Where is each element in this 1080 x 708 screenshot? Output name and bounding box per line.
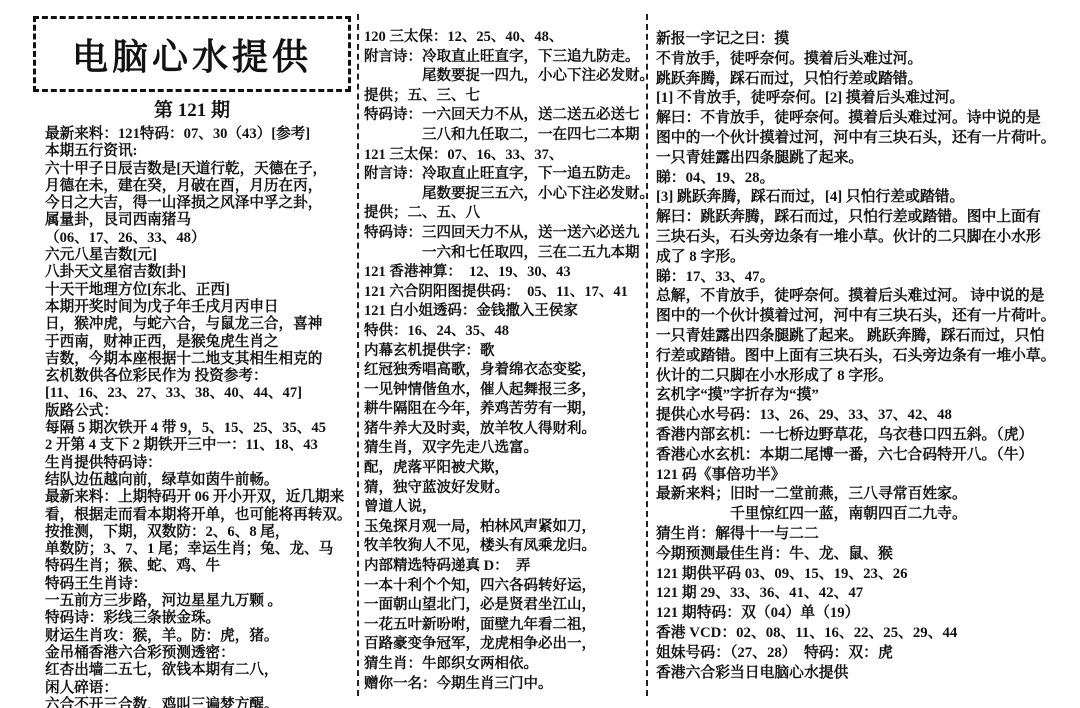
- text-line: 香港六合彩当日电脑心水提供: [656, 664, 1078, 684]
- text-line: 特码王生肖诗：: [45, 576, 355, 593]
- text-line: 猜，独守蓝波好发财。: [364, 479, 644, 499]
- text-line: 一花五叶新吩咐，面壁九年看二祖，: [364, 616, 644, 636]
- text-line: 121 码《事倍功半》: [656, 466, 1078, 486]
- text-line: 千里惊红四一蓝，南朝四百二九寺。: [656, 505, 1078, 525]
- title-box: 电脑心水提供: [33, 16, 351, 92]
- text-line: 赠你一名：今期生肖三门中。: [364, 675, 644, 695]
- text-line: 六元八星吉数[元]: [45, 247, 355, 264]
- text-line: 香港内部玄机：一七桥边野草花，乌衣巷口四五斜。（虎）: [656, 426, 1078, 446]
- text-line: 121 三太保：07、16、33、37、: [364, 146, 644, 166]
- text-line: 特码诗：一六回天力不从，送二送五必送七: [364, 106, 644, 126]
- text-line: 单数防；3、7、1 尾；幸运生肖；兔、龙、马: [45, 541, 355, 558]
- text-line: 最新来料：121特码：07、30（43）[参考]: [45, 126, 355, 143]
- left-column-section: 电脑心水提供 第 121 期 最新来料：121特码：07、30（43）[参考]本…: [33, 16, 355, 708]
- text-line: 成了 8 字形。: [656, 248, 1078, 268]
- middle-column-text: 120 三太保：12、25、40、48、附言诗：冷取直止旺直字，下三追九防走。 …: [364, 28, 644, 694]
- text-line: 特码生肖；猴、蛇、鸡、牛: [45, 558, 355, 575]
- text-line: 一只青娃露出四条腿跳了起来。: [656, 149, 1078, 169]
- text-line: 曾道人说，: [364, 498, 644, 518]
- text-line: 最新来料：上期特码开 06 开小开双，近几期来: [45, 489, 355, 506]
- text-line: 日，猴冲虎，与蛇六合，与鼠龙三合，喜神: [45, 316, 355, 333]
- page-title: 电脑心水提供: [72, 29, 312, 80]
- text-line: 红冠独秀唱高歌，身着绵衣态变娑，: [364, 361, 644, 381]
- text-line: 本期开奖时间为戊子年壬戌月丙申日: [45, 299, 355, 316]
- text-line: （06、17、26、33、48）: [45, 230, 355, 247]
- text-line: 特供：16、24、35、48: [364, 322, 644, 342]
- text-line: 120 三太保：12、25、40、48、: [364, 28, 644, 48]
- text-line: 三八和九任取二，一在四七二本期: [364, 126, 644, 146]
- text-line: 最新来料；旧时一二堂前燕，三八寻常百姓家。: [656, 485, 1078, 505]
- text-line: 提供心水号码：13、26、29、33、37、42、48: [656, 406, 1078, 426]
- text-line: 提供；五、三、七: [364, 87, 644, 107]
- text-line: 今日之大吉，得一山泽损之风泽中孚之卦，: [45, 195, 355, 212]
- text-line: 121 期供平码 03、09、15、19、23、26: [656, 565, 1078, 585]
- text-line: 附言诗：冷取直止旺直字，下三追九防走。: [364, 48, 644, 68]
- text-line: 月德在未，建在癸，月破在酉，月历在丙，: [45, 178, 355, 195]
- text-line: 闲人碎语：: [45, 680, 355, 697]
- text-line: 百路豪变争冠军，龙虎相争必出一，: [364, 635, 644, 655]
- text-line: 玄机字“摸”字折存为“摸”: [656, 386, 1078, 406]
- text-line: 按推测，下期，双数防：2、6、8 尾，: [45, 524, 355, 541]
- text-line: 姐妹号码：（27、28） 特码：双：虎: [656, 644, 1078, 664]
- text-line: 结队边伍越向前，绿草如茵牛前畅。: [45, 472, 355, 489]
- text-line: 香港心水玄机：本期二尾博一番，六七合码特开八。（牛）: [656, 446, 1078, 466]
- text-line: 三块石头，石头旁边条有一堆小草。伙计的二只脚在小水形: [656, 228, 1078, 248]
- text-line: 附言诗：冷取直止旺直字，下一追五防走。: [364, 165, 644, 185]
- text-line: 猜生肖：解得十一与二二: [656, 525, 1078, 545]
- text-line: 尾数要捉三五六，小心下注必发财。: [364, 185, 644, 205]
- text-line: 牧羊牧狗人不见，楼头有凤乘龙归。: [364, 537, 644, 557]
- text-line: 新报一字记之曰：摸: [656, 30, 1078, 50]
- text-line: 121 期 29、33、36、41、42、47: [656, 584, 1078, 604]
- text-line: 睇：04、19、28。: [656, 169, 1078, 189]
- text-line: 猪牛养大及时卖，放羊牧人得财利。: [364, 420, 644, 440]
- text-line: 特码诗：三四回天力不从，送一送六必送九: [364, 224, 644, 244]
- text-line: 睇：17、33、47。: [656, 268, 1078, 288]
- text-line: 一面朝山望北门，必是贤君坐江山，: [364, 596, 644, 616]
- text-line: 八卦天文星宿吉数[卦]: [45, 264, 355, 281]
- lottery-tip-sheet: 电脑心水提供 第 121 期 最新来料：121特码：07、30（43）[参考]本…: [0, 0, 1080, 708]
- right-column-text: 新报一字记之曰：摸不肯放手，徒呼奈何。摸着后头难过河。跳跃奔腾，踩石而过，只怕行…: [656, 30, 1078, 683]
- text-line: 行差或踏错。图中上面有三块石头，石头旁边条有一堆小草。: [656, 347, 1078, 367]
- text-line: 一六和七任取四，三在二五九本期: [364, 244, 644, 264]
- text-line: 版路公式：: [45, 403, 355, 420]
- text-line: 特码诗：彩线三条嵌金珠。: [45, 610, 355, 627]
- text-line: 121 六合阴阳图提供码： 05、11、17、41: [364, 283, 644, 303]
- text-line: 猜生肖：牛郎织女两相依。: [364, 655, 644, 675]
- text-line: 内部精选特码递真 D： 弄: [364, 557, 644, 577]
- text-line: [1] 不肯放手，徒呼奈何。[2] 摸着后头难过河。: [656, 89, 1078, 109]
- text-line: 121 香港神算： 12、19、30、43: [364, 263, 644, 283]
- text-line: 121 期特码：双（04）单（19）: [656, 604, 1078, 624]
- text-line: 伙计的二只脚在小水形成了 8 字形。: [656, 367, 1078, 387]
- text-line: 每隔 5 期次铁开 4 带 9，5、15、25、35、45: [45, 420, 355, 437]
- text-line: 跳跃奔腾，踩石而过，只怕行差或踏错。: [656, 70, 1078, 90]
- text-line: 配，虎落平阳被犬欺，: [364, 459, 644, 479]
- text-line: 吉数，今期本座根据十二地支其相生相克的: [45, 351, 355, 368]
- text-line: 金吊桶香港六合彩预测透密：: [45, 645, 355, 662]
- text-line: 内幕玄机提供字：歌: [364, 342, 644, 362]
- column-divider-right: [646, 14, 648, 696]
- text-line: 一见钟情偕鱼水，催人起舞报三多，: [364, 381, 644, 401]
- text-line: 本期五行资讯:: [45, 143, 355, 160]
- text-line: 猜生肖，双字先走八选富。: [364, 439, 644, 459]
- text-line: 十天干地理方位[东北、正西]: [45, 282, 355, 299]
- text-line: 香港 VCD：02、08、11、16、22、25、29、44: [656, 624, 1078, 644]
- text-line: 总解，不肯放手，徒呼奈何。摸着后头难过河。 诗中说的是: [656, 287, 1078, 307]
- column-divider-left: [357, 14, 359, 696]
- text-line: 解曰：跳跃奔腾，踩石而过，只怕行差或踏错。图中上面有: [656, 208, 1078, 228]
- text-line: 提供；二、五、八: [364, 204, 644, 224]
- text-line: 不肯放手，徒呼奈何。摸着后头难过河。: [656, 50, 1078, 70]
- text-line: 一只青娃露出四条腿跳了起来。 跳跃奔腾，踩石而过，只怕: [656, 327, 1078, 347]
- text-line: 属量卦，艮司西南猪马: [45, 212, 355, 229]
- text-line: 尾数要捉一四九，小心下注必发财。: [364, 67, 644, 87]
- text-line: 一本十利个个知，四六各码转好运，: [364, 577, 644, 597]
- text-line: 图中的一个伙计摸着过河，河中有三块石头，还有一片荷叶。: [656, 307, 1078, 327]
- text-line: 玄机数供各位彩民作为 投资参考：: [45, 368, 355, 385]
- text-line: 于西南，财神正西，是猴兔虎生肖之: [45, 334, 355, 351]
- text-line: [3] 跳跃奔腾，踩石而过，[4] 只怕行差或踏错。: [656, 188, 1078, 208]
- left-column-text: 最新来料：121特码：07、30（43）[参考]本期五行资讯:六十甲子日辰吉数是…: [45, 126, 355, 708]
- text-line: 红杏出墙二五七，欲钱本期有二八，: [45, 662, 355, 679]
- text-line: 2 开第 4 支下 2 期铁开三中一：11、18、43: [45, 437, 355, 454]
- text-line: 解曰：不肯放手，徒呼奈何。摸着后头难过河。诗中说的是: [656, 109, 1078, 129]
- text-line: 耕牛隔阻在今年，养鸡苦劳有一期，: [364, 400, 644, 420]
- text-line: 一五前方三步路，河边星星九万颗 。: [45, 593, 355, 610]
- text-line: 生肖提供特码诗：: [45, 455, 355, 472]
- text-line: 六合不开三合数，鸡叫三遍梦方醒。: [45, 697, 355, 708]
- text-line: [11、16、23、27、33、38、40、44、47]: [45, 385, 355, 402]
- text-line: 玉兔探月观一局，柏林风声紧如刀，: [364, 518, 644, 538]
- text-line: 今期预测最佳生肖：牛、龙、鼠、猴: [656, 545, 1078, 565]
- text-line: 六十甲子日辰吉数是[天道行乾，天德在子，: [45, 161, 355, 178]
- text-line: 财运生肖攻：猴，羊。防：虎，猪。: [45, 628, 355, 645]
- text-line: 看，根据走而看本期将开单，也可能将再转双。: [45, 507, 355, 524]
- text-line: 121 白小姐透码：金钱撒入王侯家: [364, 302, 644, 322]
- issue-number: 第 121 期: [33, 95, 351, 122]
- text-line: 图中的一个伙计摸着过河，河中有三块石头，还有一片荷叶。: [656, 129, 1078, 149]
